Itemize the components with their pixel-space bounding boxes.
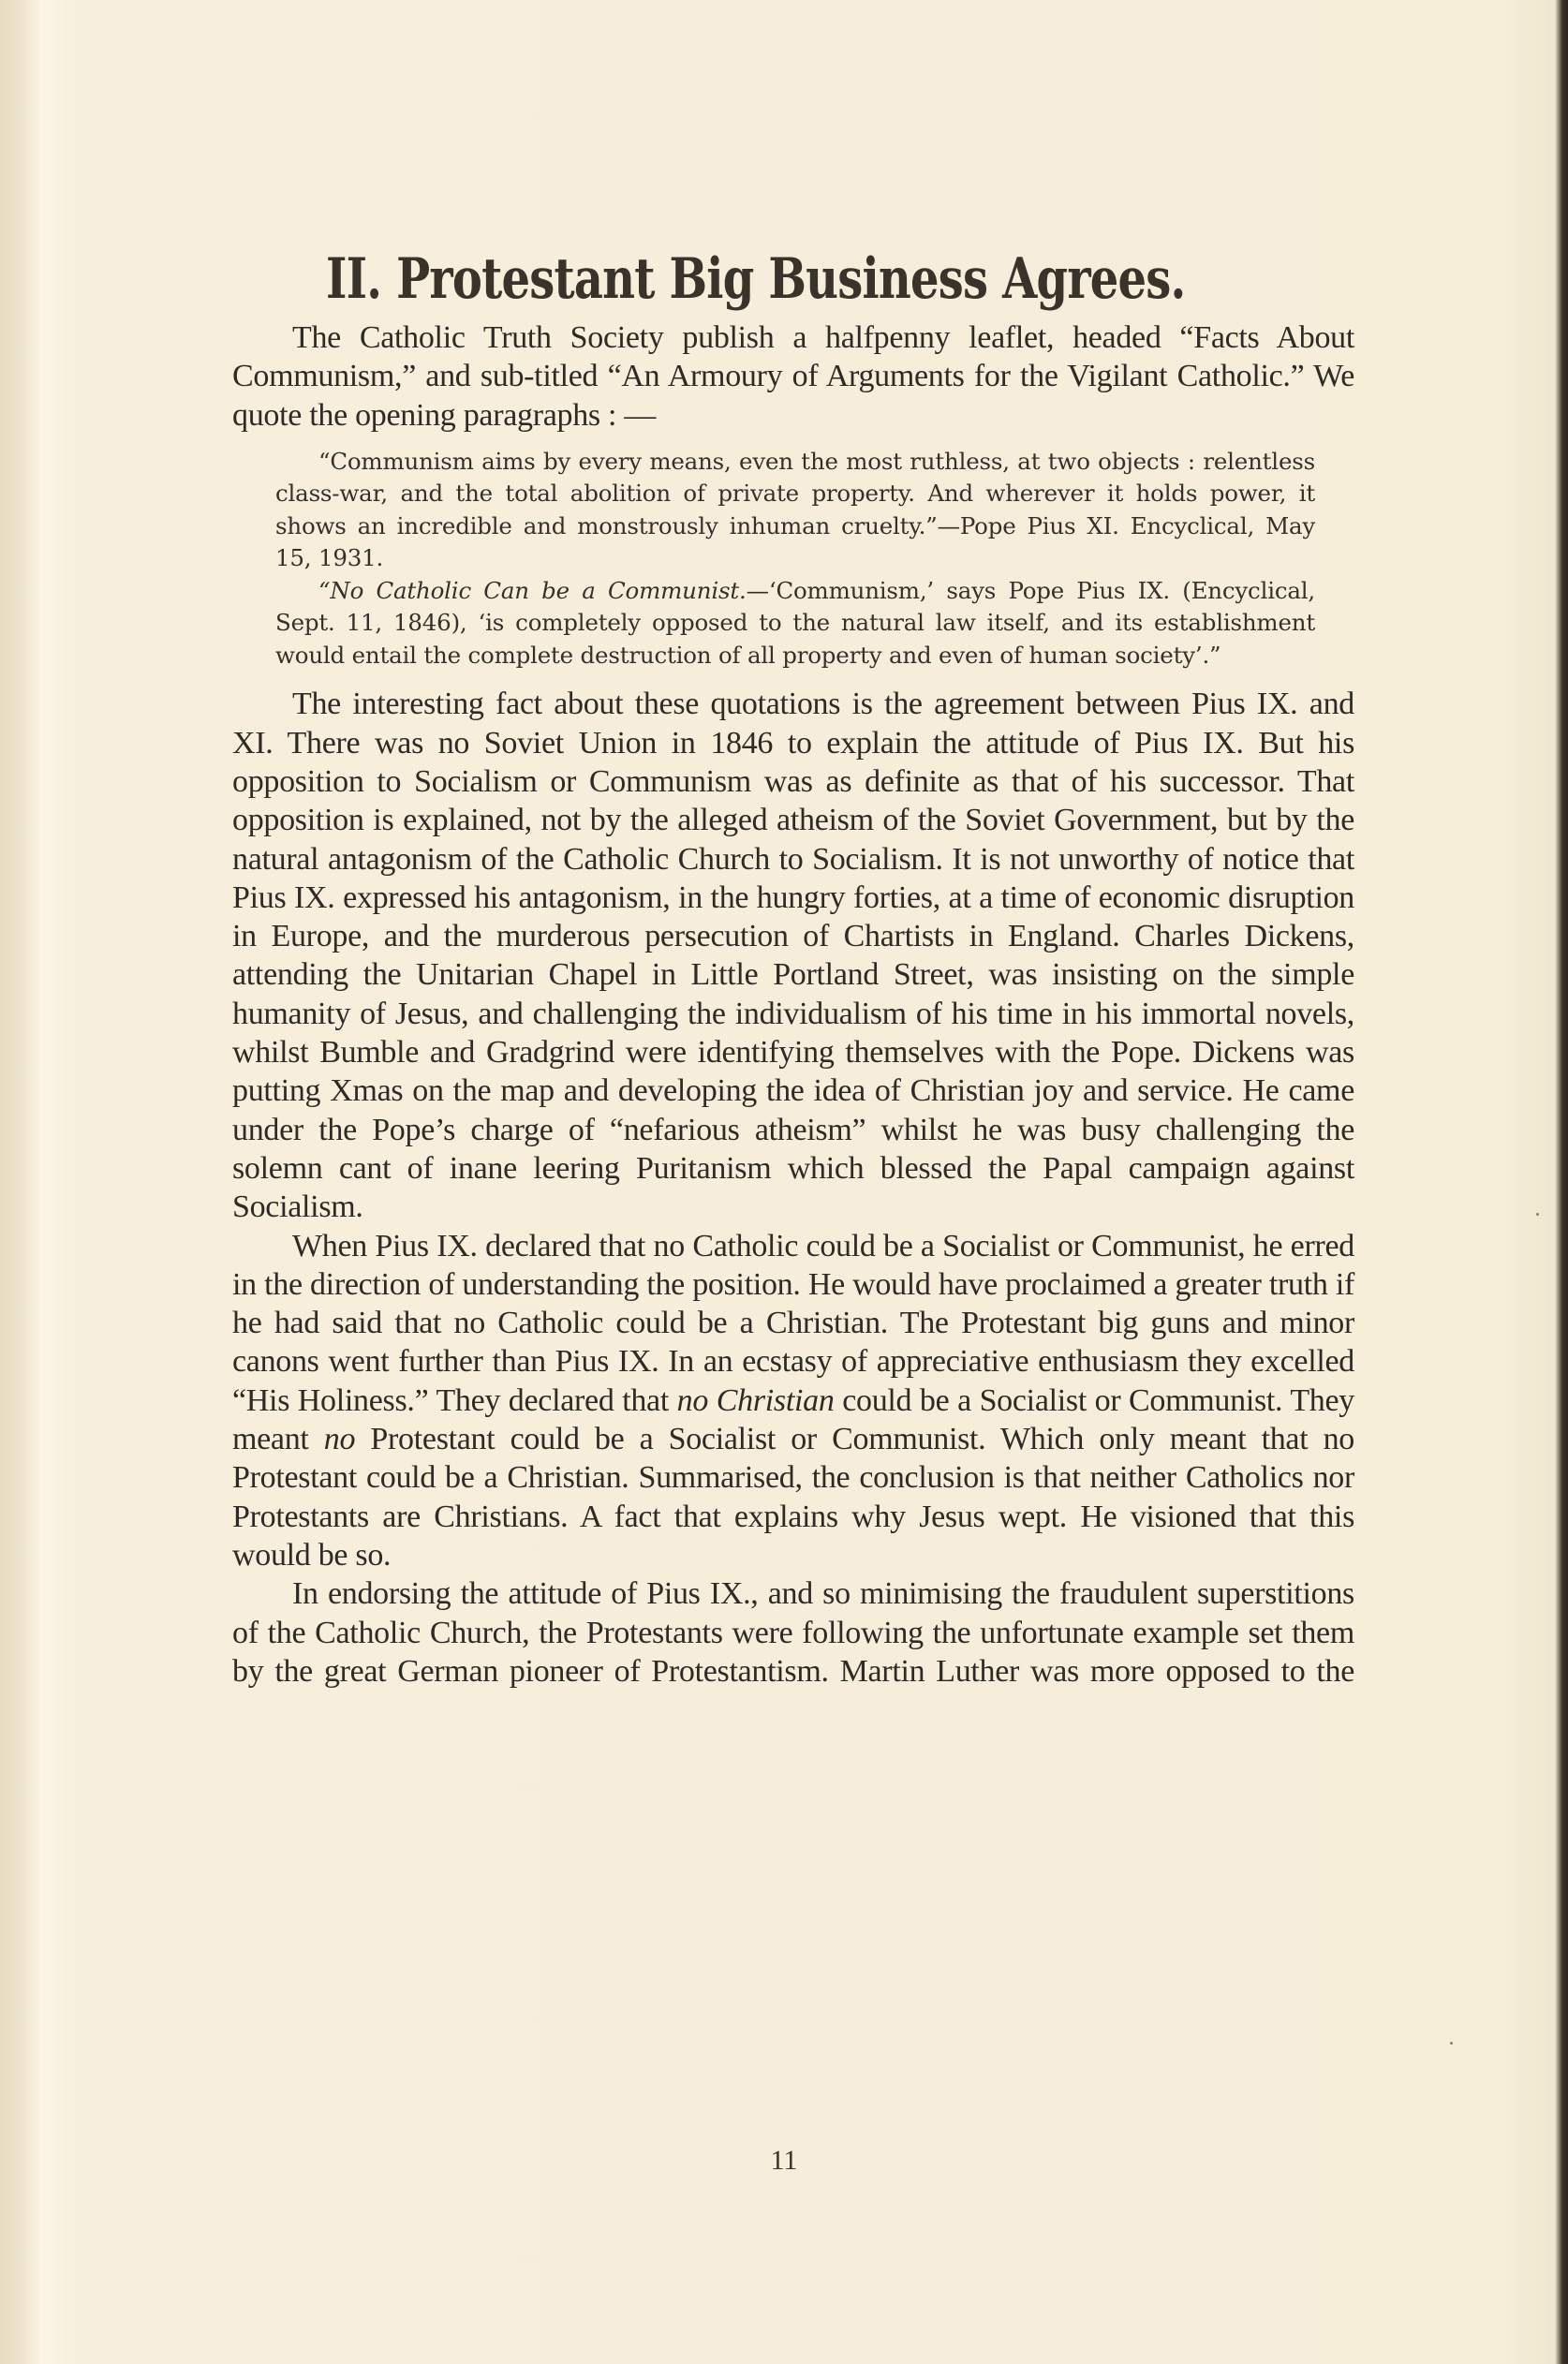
body-paragraph-endorsing: In endorsing the attitude of Pius IX., a… <box>232 1574 1354 1691</box>
body-paragraph-interesting-fact: The interesting fact about these quotati… <box>232 685 1354 1226</box>
emphasis-no: no <box>324 1422 355 1456</box>
quote-pius-xi: “Communism aims by every means, even the… <box>275 446 1315 575</box>
quote-italic-lead: “No Catholic Can be a Communist. <box>318 577 747 604</box>
scanned-page: II. Protestant Big Business Agrees. The … <box>0 0 1568 2364</box>
emphasis-no-christian: no Christian <box>677 1383 835 1418</box>
intro-paragraph: The Catholic Truth Society publish a hal… <box>232 318 1354 435</box>
page-content: II. Protestant Big Business Agrees. The … <box>232 242 1354 1691</box>
quote-pius-ix: “No Catholic Can be a Communist.—‘Commun… <box>275 575 1315 672</box>
chapter-heading: II. Protestant Big Business Agrees. <box>326 242 1148 317</box>
quoted-block: “Communism aims by every means, even the… <box>275 446 1315 672</box>
paper-speck <box>1536 1213 1539 1216</box>
paper-speck <box>1450 2042 1453 2045</box>
paragraph-text: Protestant could be a Socialist or Commu… <box>232 1422 1354 1573</box>
page-number: 11 <box>0 2145 1568 2177</box>
body-paragraph-when-pius: When Pius IX. declared that no Catholic … <box>232 1227 1354 1575</box>
